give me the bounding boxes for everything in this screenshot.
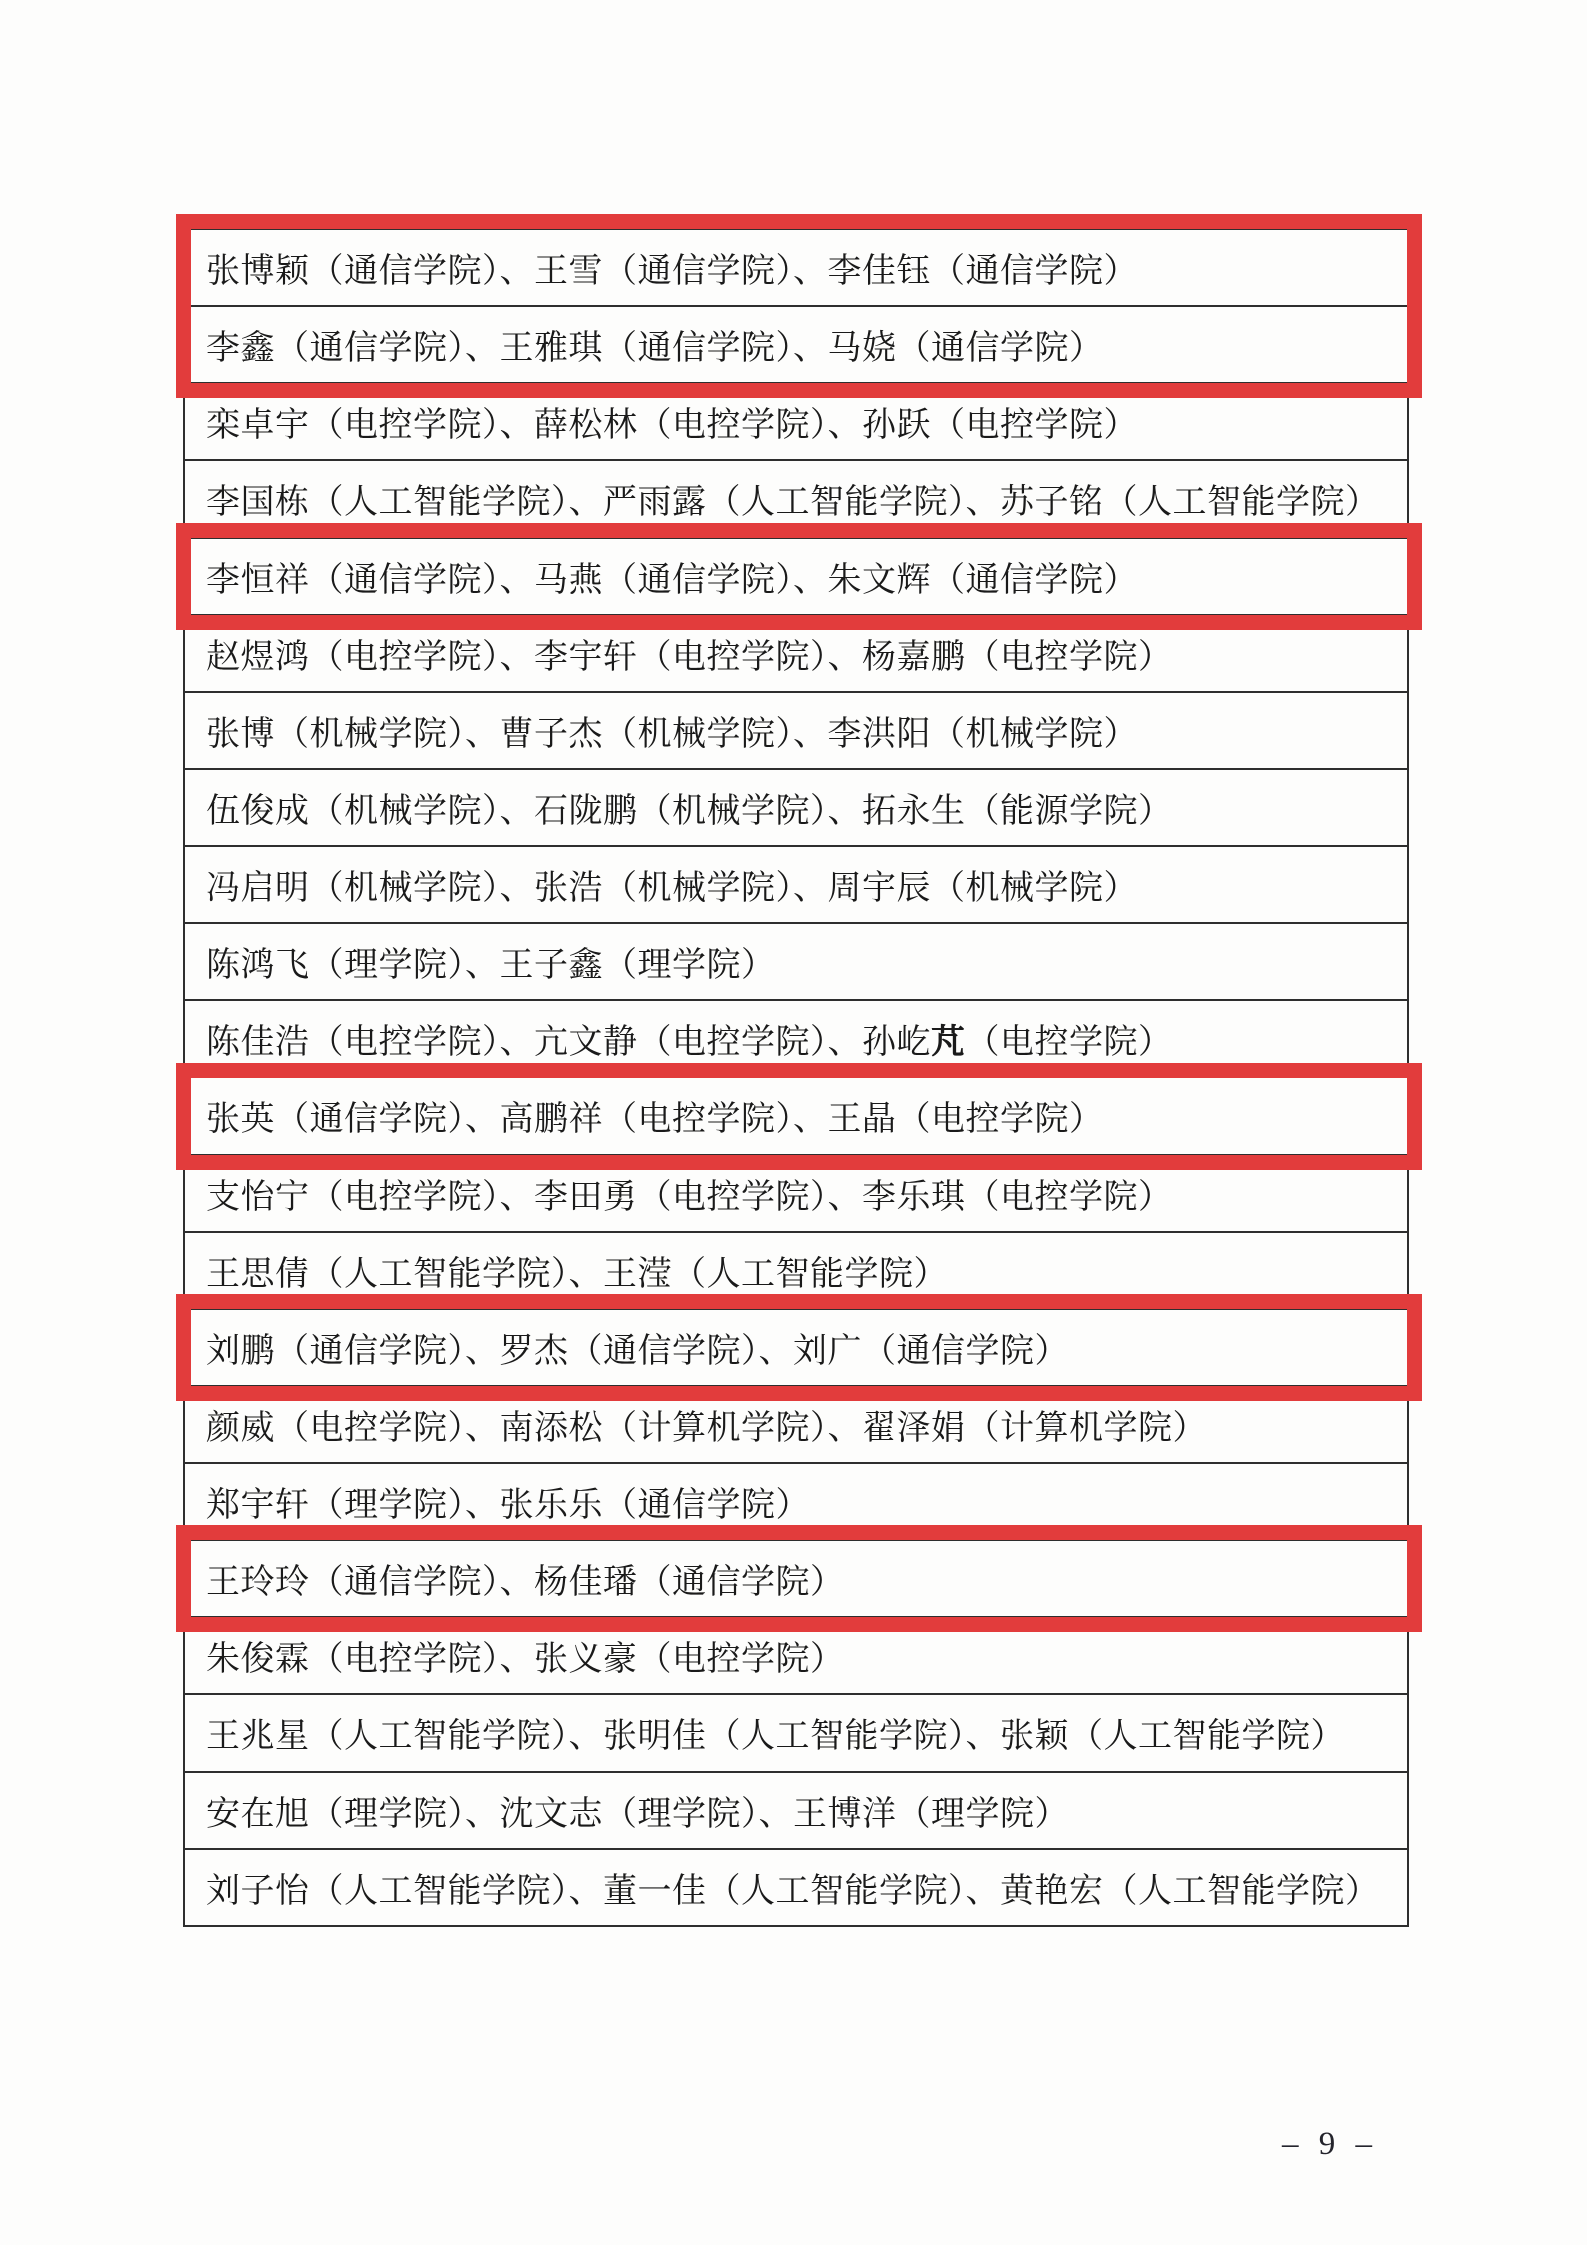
row-text: 陈鸿飞（理学院）、王子鑫（理学院） [206, 937, 776, 986]
row-text: 赵煜鸿（电控学院）、李宇轩（电控学院）、杨嘉鹏（电控学院） [206, 629, 1173, 678]
row-text: 李恒祥（通信学院）、马燕（通信学院）、朱文辉（通信学院） [206, 552, 1138, 601]
table-row: 伍俊成（机械学院）、石陇鹏（机械学院）、拓永生（能源学院） [185, 770, 1407, 847]
row-text: 李国栋（人工智能学院）、严雨露（人工智能学院）、苏子铭（人工智能学院） [206, 474, 1380, 523]
table-row: 支怡宁（电控学院）、李田勇（电控学院）、李乐琪（电控学院） [185, 1156, 1407, 1233]
roster-table: 张博颖（通信学院）、王雪（通信学院）、李佳钰（通信学院）李鑫（通信学院）、王雅琪… [183, 228, 1409, 1927]
table-row: 郑宇轩（理学院）、张乐乐（通信学院） [185, 1464, 1407, 1541]
row-text: 刘鹏（通信学院）、罗杰（通信学院）、刘广（通信学院） [206, 1323, 1069, 1372]
table-row: 朱俊霖（电控学院）、张义豪（电控学院） [185, 1618, 1407, 1695]
row-text-segment: 陈佳浩（电控学院）、亢文静（电控学院）、孙屹 [206, 1024, 931, 1061]
document-page: 张博颖（通信学院）、王雪（通信学院）、李佳钰（通信学院）李鑫（通信学院）、王雅琪… [0, 0, 1587, 2245]
row-text: 张博颖（通信学院）、王雪（通信学院）、李佳钰（通信学院） [206, 243, 1138, 292]
table-row: 李鑫（通信学院）、王雅琪（通信学院）、马娆（通信学院） [185, 307, 1407, 384]
page-number: – 9 – [1245, 2126, 1415, 2163]
row-text: 颜威（电控学院）、南添松（计算机学院）、翟泽娟（计算机学院） [206, 1400, 1207, 1449]
row-text: 陈佳浩（电控学院）、亢文静（电控学院）、孙屹芃（电控学院） [206, 1014, 1173, 1063]
row-text: 王兆星（人工智能学院）、张明佳（人工智能学院）、张颖（人工智能学院） [206, 1708, 1345, 1757]
row-text: 支怡宁（电控学院）、李田勇（电控学院）、李乐琪（电控学院） [206, 1169, 1173, 1218]
table-row: 张博颖（通信学院）、王雪（通信学院）、李佳钰（通信学院） [185, 230, 1407, 307]
table-row: 安在旭（理学院）、沈文志（理学院）、王博洋（理学院） [185, 1773, 1407, 1850]
row-text: 张博（机械学院）、曹子杰（机械学院）、李洪阳（机械学院） [206, 706, 1138, 755]
table-row: 颜威（电控学院）、南添松（计算机学院）、翟泽娟（计算机学院） [185, 1387, 1407, 1464]
row-text: 冯启明（机械学院）、张浩（机械学院）、周宇辰（机械学院） [206, 860, 1138, 909]
row-text: 安在旭（理学院）、沈文志（理学院）、王博洋（理学院） [206, 1786, 1069, 1835]
table-row: 陈鸿飞（理学院）、王子鑫（理学院） [185, 924, 1407, 1001]
row-text: 张英（通信学院）、高鹏祥（电控学院）、王晶（电控学院） [206, 1091, 1104, 1140]
table-row: 刘子怡（人工智能学院）、董一佳（人工智能学院）、黄艳宏（人工智能学院） [185, 1850, 1407, 1927]
bold-character: 芃 [931, 1023, 966, 1061]
table-row: 王思倩（人工智能学院）、王滢（人工智能学院） [185, 1233, 1407, 1310]
row-text: 王玲玲（通信学院）、杨佳璠（通信学院） [206, 1554, 845, 1603]
row-text: 朱俊霖（电控学院）、张义豪（电控学院） [206, 1631, 845, 1680]
table-row: 栾卓宇（电控学院）、薛松林（电控学院）、孙跃（电控学院） [185, 384, 1407, 461]
row-text: 郑宇轩（理学院）、张乐乐（通信学院） [206, 1477, 810, 1526]
row-text: 栾卓宇（电控学院）、薛松林（电控学院）、孙跃（电控学院） [206, 397, 1138, 446]
table-row: 王兆星（人工智能学院）、张明佳（人工智能学院）、张颖（人工智能学院） [185, 1695, 1407, 1772]
row-text: 伍俊成（机械学院）、石陇鹏（机械学院）、拓永生（能源学院） [206, 783, 1173, 832]
table-row: 陈佳浩（电控学院）、亢文静（电控学院）、孙屹芃（电控学院） [185, 1001, 1407, 1078]
table-row: 张博（机械学院）、曹子杰（机械学院）、李洪阳（机械学院） [185, 693, 1407, 770]
table-row: 冯启明（机械学院）、张浩（机械学院）、周宇辰（机械学院） [185, 847, 1407, 924]
table-row: 李恒祥（通信学院）、马燕（通信学院）、朱文辉（通信学院） [185, 539, 1407, 616]
row-text-segment: （电控学院） [966, 1024, 1173, 1061]
table-row: 刘鹏（通信学院）、罗杰（通信学院）、刘广（通信学院） [185, 1310, 1407, 1387]
table-row: 王玲玲（通信学院）、杨佳璠（通信学院） [185, 1541, 1407, 1618]
table-row: 张英（通信学院）、高鹏祥（电控学院）、王晶（电控学院） [185, 1078, 1407, 1155]
row-text: 王思倩（人工智能学院）、王滢（人工智能学院） [206, 1246, 948, 1295]
table-row: 赵煜鸿（电控学院）、李宇轩（电控学院）、杨嘉鹏（电控学院） [185, 616, 1407, 693]
row-text: 李鑫（通信学院）、王雅琪（通信学院）、马娆（通信学院） [206, 320, 1104, 369]
row-text: 刘子怡（人工智能学院）、董一佳（人工智能学院）、黄艳宏（人工智能学院） [206, 1863, 1380, 1912]
table-row: 李国栋（人工智能学院）、严雨露（人工智能学院）、苏子铭（人工智能学院） [185, 461, 1407, 538]
